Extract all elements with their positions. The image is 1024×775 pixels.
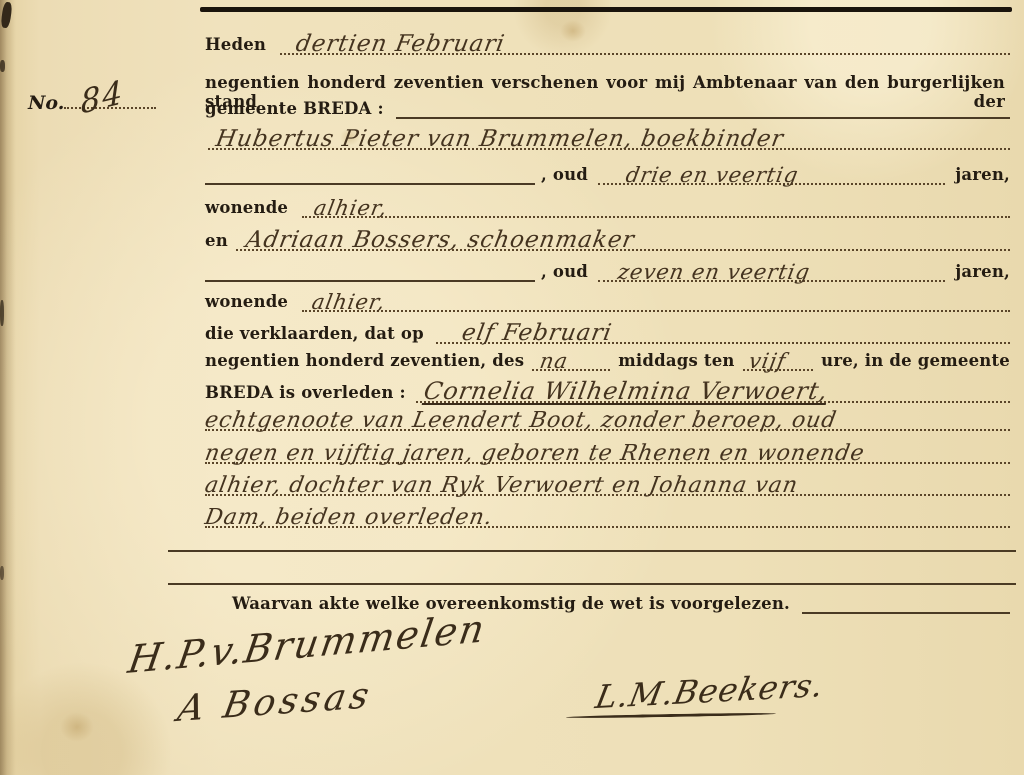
declarant1-name-handwritten: Hubertus Pieter van Brummelen, boekbinde… [214,128,786,151]
top-border-rule [200,7,1012,12]
declarant2-ruled-line: Adriaan Bossers, schoenmaker [236,229,1010,251]
oud-label-2: , oud [541,263,588,282]
declarant1-residence-line: wonende alhier, [205,198,1010,218]
blank-ruled-segment [205,183,535,185]
time-line: negentien honderd zeventien, des na midd… [205,351,1010,371]
wonende-label-1: wonende [205,199,288,218]
detail-handwritten-3: alhier, dochter van Ryk Verwoert en Joha… [203,475,800,497]
declarant2-age-ruled-line: zeven en veertig [598,262,945,282]
wonende-label-2: wonende [205,293,288,312]
time-of-day-ruled-line: na [532,351,610,371]
signature-registrar: L.M.Beekers. [592,666,827,716]
declarant1-residence-handwritten: alhier, [312,198,389,219]
declarant2-name-line: en Adriaan Bossers, schoenmaker [205,229,1010,251]
deceased-detail-line-2: negen en vijftig jaren, geboren te Rhene… [205,443,1010,464]
deceased-detail-line-1: echtgenoote van Leendert Boot, zonder be… [205,410,1010,431]
signature-declarant2: A Bossas [175,675,376,730]
closing-text: Waarvan akte welke overeenkomstig de wet… [232,595,790,614]
act-number-value: 84 [80,72,125,122]
page-edge-mark [0,566,4,580]
oud-label-1: , oud [541,166,588,185]
declarant2-residence-handwritten: alhier, [310,292,387,313]
page-edge-mark [0,300,4,326]
deceased-name-handwritten: Cornelia Wilhelmina Verwoert, [422,379,830,405]
declarant2-residence-ruled-line: alhier, [302,292,1010,312]
book-gutter [0,0,16,775]
declarant2-age-line: , oud zeven en veertig jaren, [205,262,1010,282]
gemeente-ruled-line [396,117,1010,119]
date-line: Heden dertien Februari [205,33,1010,55]
act-number-label: No. [28,92,64,114]
deceased-line: BREDA is overleden : Cornelia Wilhelmina… [205,379,1010,403]
declarant1-age-ruled-line: drie en veertig [598,165,945,185]
detail-handwritten-1: echtgenoote van Leendert Boot, zonder be… [203,410,838,432]
time-of-day-handwritten: na [538,351,570,372]
declarant1-ruled-line: Hubertus Pieter van Brummelen, boekbinde… [208,128,1010,150]
blank-ruled-segment [205,280,535,282]
death-certificate-page: No. 84 Heden dertien Februari negentien … [0,0,1024,775]
declarant2-age-handwritten: zeven en veertig [616,262,812,283]
page-edge-mark [0,60,5,72]
detail-ruled-line: echtgenoote van Leendert Boot, zonder be… [205,410,1010,431]
detail-ruled-line: Dam, beiden overleden. [205,507,1010,528]
detail-handwritten-2: negen en vijftig jaren, geboren te Rhene… [203,443,866,465]
signature-declarant1: H.P.v.Brummelen [125,606,489,682]
declare-label: die verklaarden, dat op [205,325,424,344]
detail-ruled-line: negen en vijftig jaren, geboren te Rhene… [205,443,1010,464]
time-printed-3: ure, in de gemeente [821,352,1010,371]
declarant2-name-handwritten: Adriaan Bossers, schoenmaker [244,229,637,252]
declarant1-name-line: Hubertus Pieter van Brummelen, boekbinde… [208,128,1010,150]
detail-ruled-line: alhier, dochter van Ryk Verwoert en Joha… [205,475,1010,496]
declarant2-residence-line: wonende alhier, [205,292,1010,312]
declarant1-residence-ruled-line: alhier, [302,198,1010,218]
deceased-ruled-line: Cornelia Wilhelmina Verwoert, [416,379,1010,403]
jaren-label-1: jaren, [955,166,1010,185]
detail-handwritten-4: Dam, beiden overleden. [203,507,494,529]
time-printed-2: middags ten [618,352,734,371]
heden-label: Heden [205,36,266,55]
hour-ruled-line: vijf [743,351,814,371]
opening-date-handwritten: dertien Februari [294,33,507,56]
date-ruled-line: dertien Februari [280,33,1010,55]
time-printed-1: negentien honderd zeventien, des [205,352,524,371]
en-label: en [205,232,228,251]
jaren-label-2: jaren, [955,263,1010,282]
gemeente-line: gemeente BREDA : [205,100,1010,119]
declarant1-age-handwritten: drie en veertig [624,165,800,186]
gemeente-label: gemeente BREDA : [205,100,384,119]
closing-ruled-line [802,612,1010,614]
paper-stain [60,712,94,742]
act-number-block: No. 84 [28,92,156,114]
overleden-label: BREDA is overleden : [205,384,406,403]
blank-ruled-line [168,550,1016,552]
declaration-line: die verklaarden, dat op elf Februari [205,322,1010,344]
declarant1-age-line: , oud drie en veertig jaren, [205,165,1010,185]
blank-ruled-line [168,583,1016,585]
closing-line: Waarvan akte welke overeenkomstig de wet… [232,595,1010,614]
deceased-detail-line-3: alhier, dochter van Ryk Verwoert en Joha… [205,475,1010,496]
deceased-detail-line-4: Dam, beiden overleden. [205,507,1010,528]
death-date-handwritten: elf Februari [460,322,614,345]
death-date-ruled-line: elf Februari [436,322,1010,344]
hour-handwritten: vijf [747,351,788,372]
